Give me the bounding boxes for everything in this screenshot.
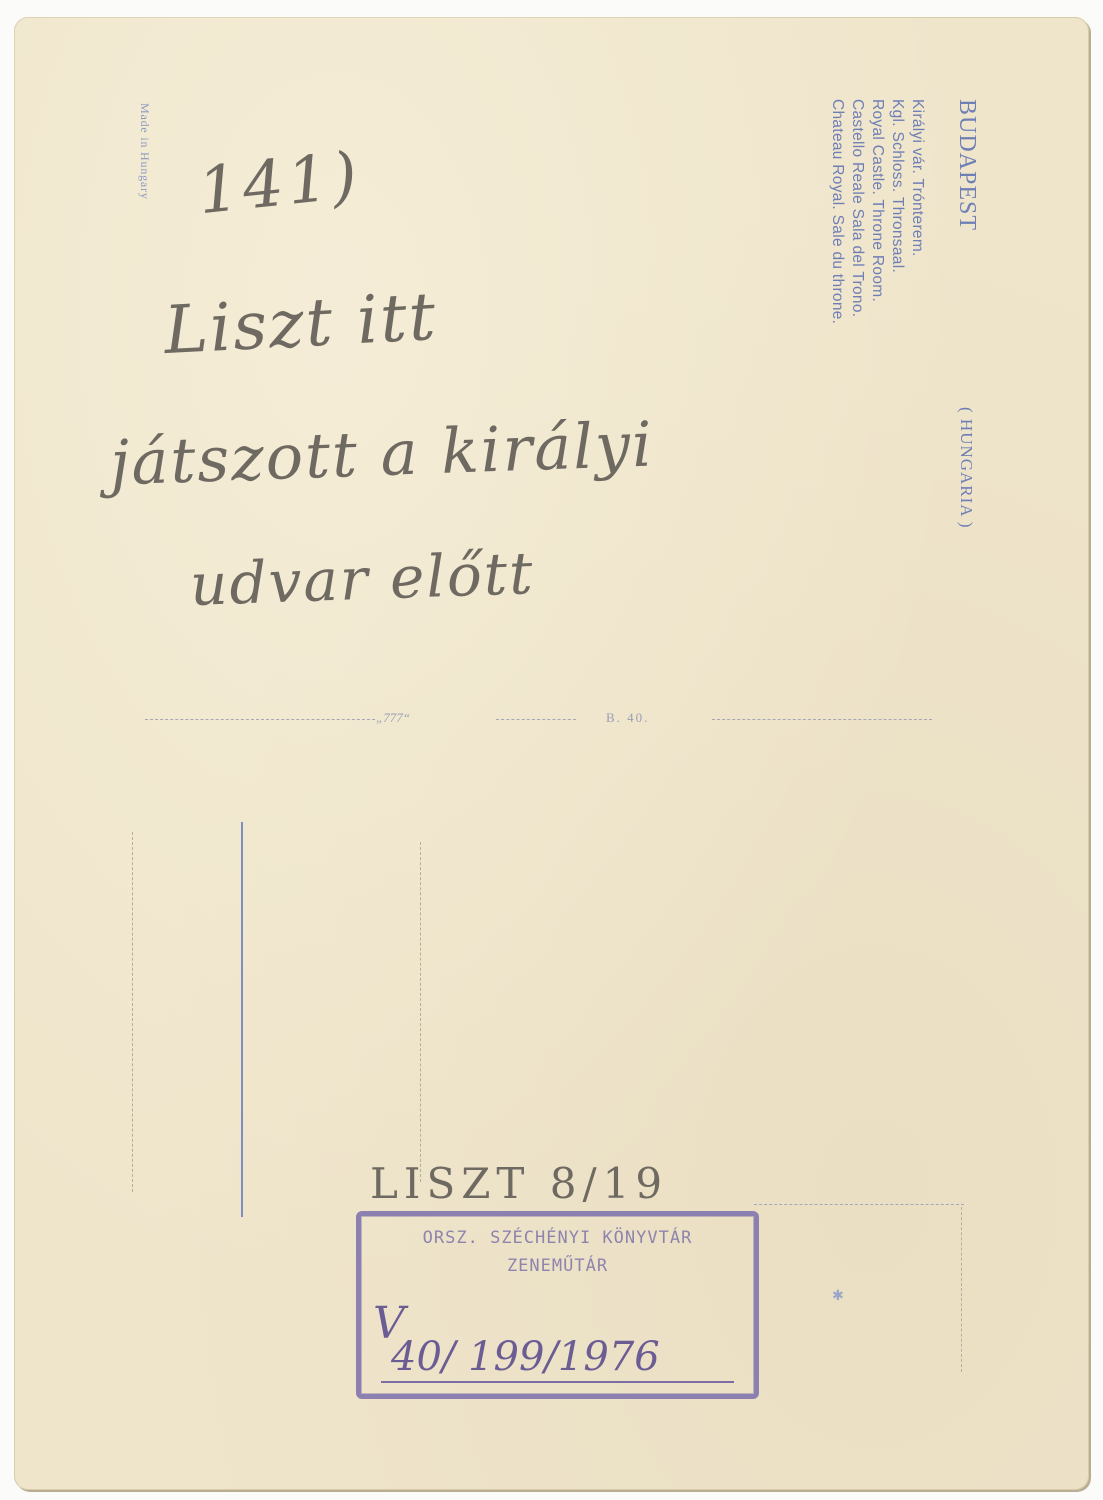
stamp-accession-number: 40/ 199/1976	[391, 1334, 660, 1380]
stamp-box-right-dashes	[961, 1207, 962, 1372]
stamp-underline	[381, 1381, 734, 1383]
stamp-institution: ORSZ. SZÉCHÉNYI KÖNYVTÁR	[361, 1228, 754, 1248]
library-stamp: ORSZ. SZÉCHÉNYI KÖNYVTÁR ZENEMŰTÁR V 40/…	[356, 1211, 759, 1399]
star-mark-icon: ✱	[832, 1287, 844, 1304]
caption-country: ( HUNGARIA )	[956, 407, 976, 529]
caption-city: BUDAPEST	[953, 99, 980, 231]
handwritten-number: 141)	[195, 139, 365, 230]
divider-left-dashes	[145, 719, 375, 720]
caption-line-english: Royal Castle. Throne Room.	[868, 99, 886, 302]
left-dotted-column-line	[132, 832, 133, 1192]
address-dotted-line	[420, 842, 421, 1182]
divider-right-dashes	[712, 719, 932, 720]
handwritten-catalog: LISZT 8/19	[370, 1159, 668, 1208]
center-divider-line	[241, 822, 243, 1217]
caption-line-french: Chateau Royal. Sale du throne.	[828, 99, 846, 324]
caption-line-italian: Castello Reale Sala del Trono.	[848, 99, 866, 317]
caption-line-german: Kgl. Schloss. Thronsaal.	[888, 99, 906, 273]
series-code: B. 40.	[606, 710, 649, 726]
stamp-department: ZENEMŰTÁR	[361, 1256, 754, 1276]
stamp-box-top-dashes	[754, 1204, 964, 1205]
divider-mid-dashes	[496, 719, 576, 720]
handwritten-note-line-1: Liszt itt	[162, 278, 439, 369]
caption-line-hungarian: Királyi vár. Trónterem.	[908, 99, 926, 257]
made-in-label: Made in Hungary	[137, 103, 152, 200]
publisher-mark: „777“	[376, 710, 410, 726]
handwritten-note-line-2: játszott a királyi	[109, 408, 655, 500]
postcard-back: BUDAPEST ( HUNGARIA ) Királyi vár. Trónt…	[14, 17, 1089, 1490]
handwritten-note-line-3: udvar előtt	[189, 539, 536, 619]
